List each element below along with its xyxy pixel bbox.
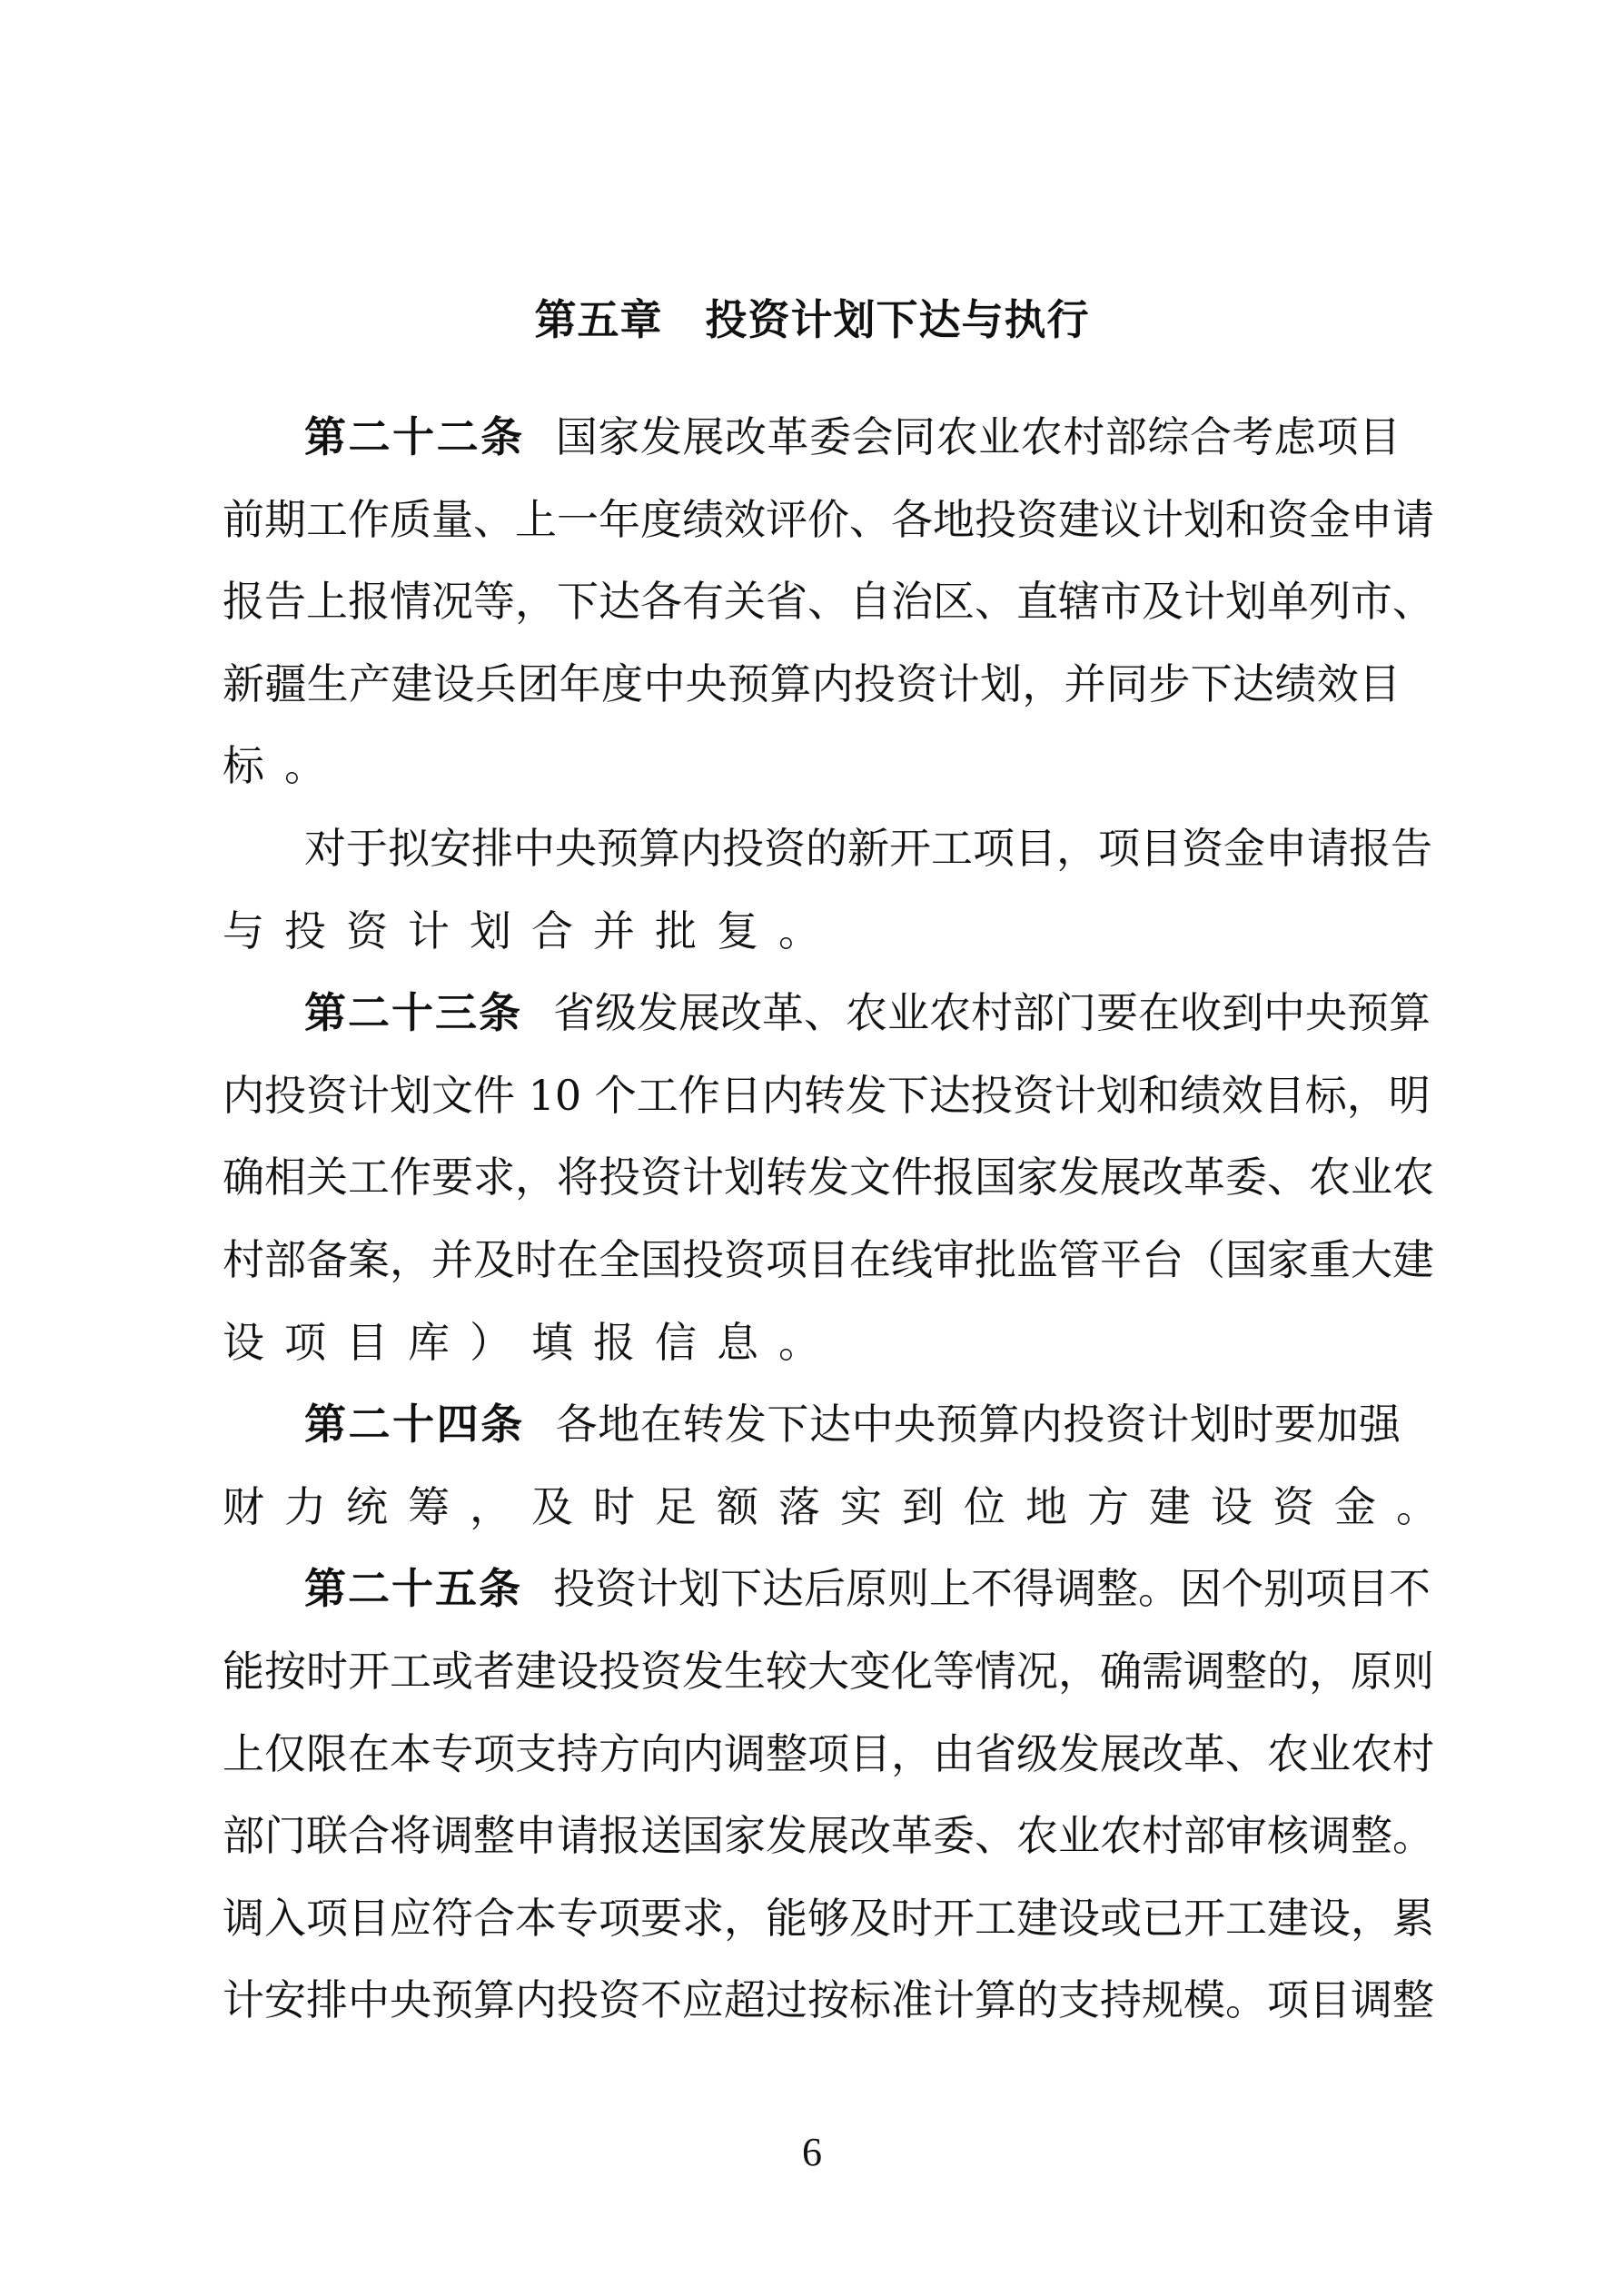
article-22-line-5: 标。 <box>223 725 1401 807</box>
article-23-line-4: 村部备案，并及时在全国投资项目在线审批监管平台（国家重大建 <box>223 1219 1401 1301</box>
article-text: 省级发展改革、农业农村部门要在收到中央预算 <box>553 988 1431 1037</box>
article-text: 各地在转发下达中央预算内投资计划时要加强 <box>556 1400 1401 1449</box>
document-page: 第五章 投资计划下达与执行 第二十二条国家发展改革委会同农业农村部综合考虑项目 … <box>0 0 1624 2296</box>
article-22-line-2: 前期工作质量、上一年度绩效评价、各地投资建议计划和资金申请 <box>223 479 1401 561</box>
article-23-line-2: 内投资计划文件 10 个工作日内转发下达投资计划和绩效目标，明 <box>223 1054 1401 1137</box>
article-22-line-4: 新疆生产建设兵团年度中央预算内投资计划，并同步下达绩效目 <box>223 643 1401 726</box>
article-25-line-1: 第二十五条投资计划下达后原则上不得调整。因个别项目不 <box>223 1548 1401 1630</box>
article-label: 第二十二条 <box>304 412 525 461</box>
article-text: 投资计划下达后原则上不得调整。因个别项目不 <box>553 1564 1431 1613</box>
article-25-line-2: 能按时开工或者建设投资发生较大变化等情况，确需调整的，原则 <box>223 1630 1401 1713</box>
page-number: 6 <box>0 2125 1624 2180</box>
article-22-line-1: 第二十二条国家发展改革委会同农业农村部综合考虑项目 <box>223 396 1401 479</box>
article-label: 第二十三条 <box>304 988 522 1037</box>
article-25-line-6: 计安排中央预算内投资不应超过按标准计算的支持规模。项目调整 <box>223 1959 1401 2042</box>
article-25-line-5: 调入项目应符合本专项要求，能够及时开工建设或已开工建设，累 <box>223 1877 1401 1960</box>
article-23-line-5: 设项目库）填报信息。 <box>223 1301 1401 1384</box>
article-23-line-1: 第二十三条省级发展改革、农业农村部门要在收到中央预算 <box>223 972 1401 1054</box>
article-22-line-3: 报告上报情况等，下达各有关省、自治区、直辖市及计划单列市、 <box>223 560 1401 643</box>
article-label: 第二十四条 <box>304 1400 525 1449</box>
article-25-line-4: 部门联合将调整申请报送国家发展改革委、农业农村部审核调整。 <box>223 1795 1401 1877</box>
chapter-title: 第五章 投资计划下达与执行 <box>0 292 1624 347</box>
paragraph-new-projects-line-2: 与投资计划合并批复。 <box>223 890 1401 973</box>
article-label: 第二十五条 <box>304 1564 522 1613</box>
article-25-line-3: 上仅限在本专项支持方向内调整项目，由省级发展改革、农业农村 <box>223 1713 1401 1796</box>
article-24-line-2: 财力统筹，及时足额落实到位地方建设资金。 <box>223 1466 1401 1549</box>
article-23-line-3: 确相关工作要求，将投资计划转发文件报国家发展改革委、农业农 <box>223 1136 1401 1219</box>
article-24-line-1: 第二十四条各地在转发下达中央预算内投资计划时要加强 <box>223 1383 1401 1466</box>
document-body: 第二十二条国家发展改革委会同农业农村部综合考虑项目 前期工作质量、上一年度绩效评… <box>223 396 1401 2042</box>
article-text: 国家发展改革委会同农业农村部综合考虑项目 <box>556 412 1401 461</box>
paragraph-new-projects-line-1: 对于拟安排中央预算内投资的新开工项目，项目资金申请报告 <box>223 807 1401 890</box>
